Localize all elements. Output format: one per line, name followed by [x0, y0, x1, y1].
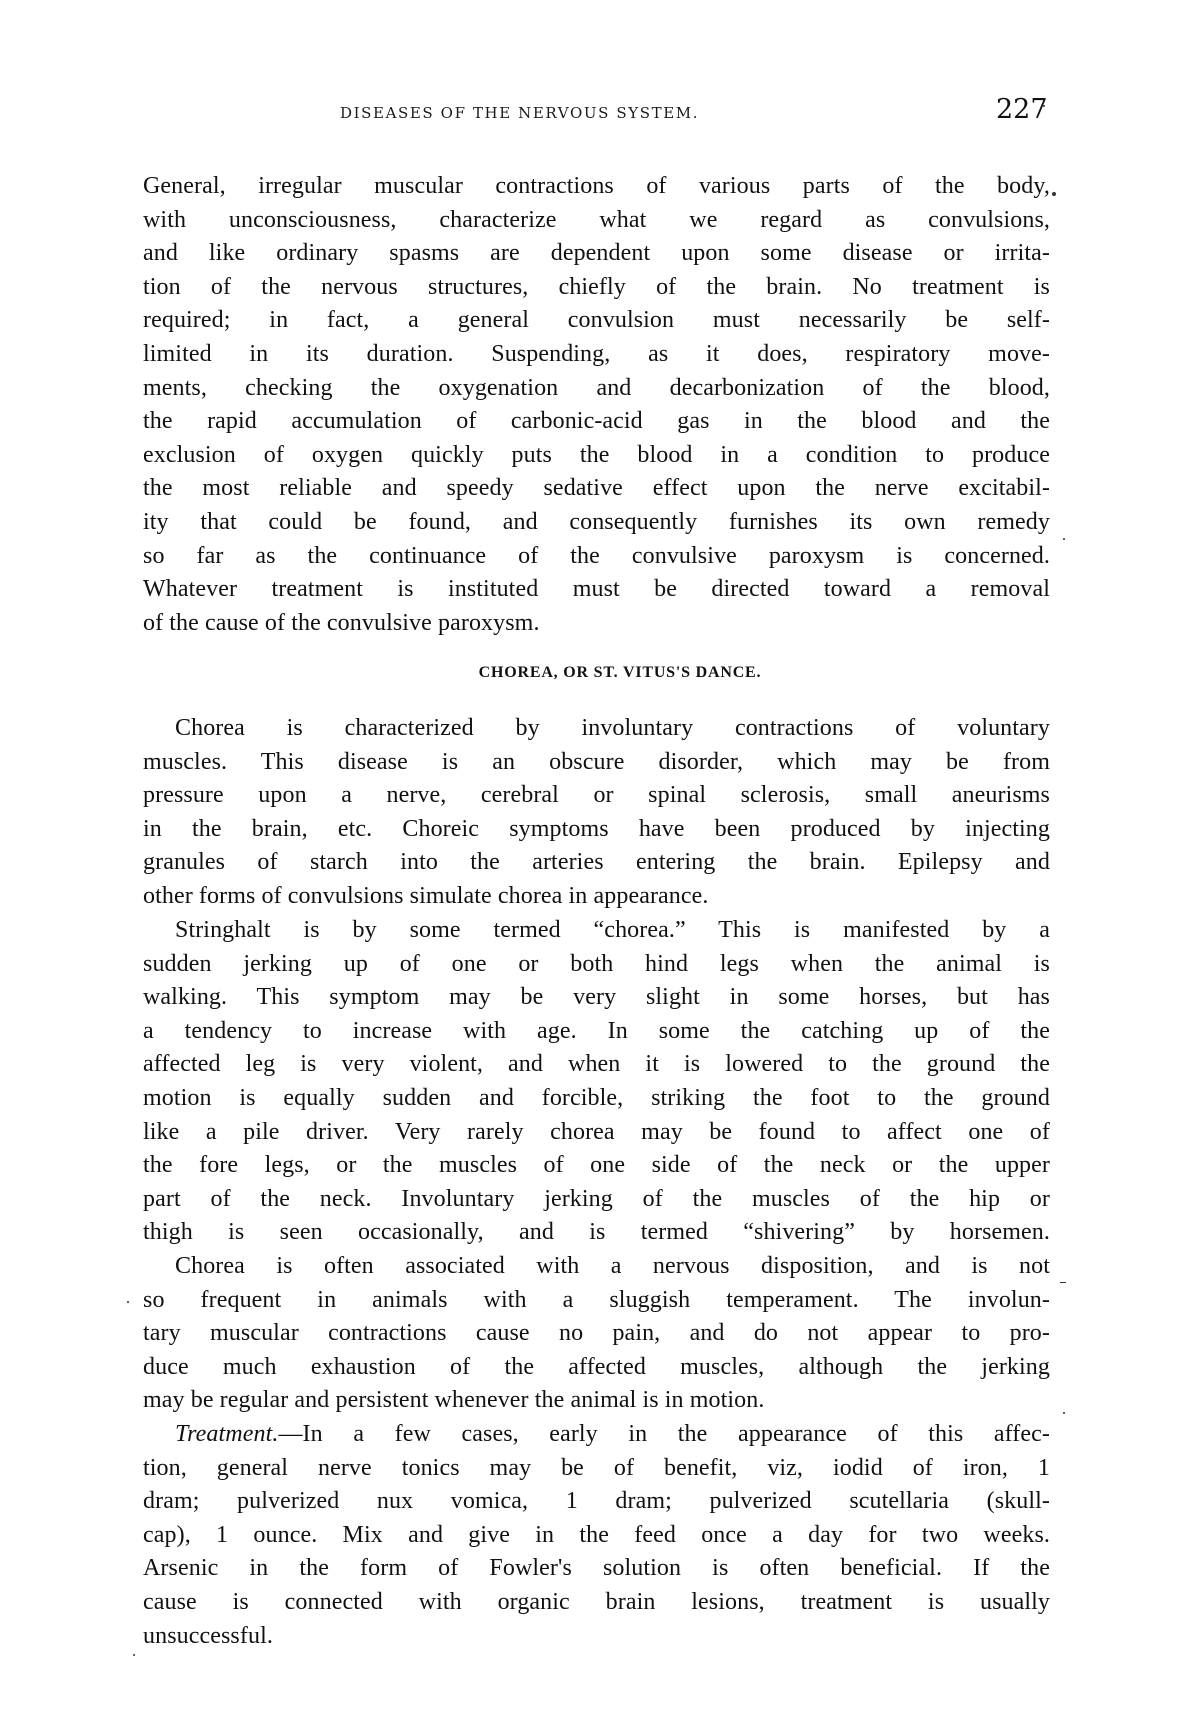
- scan-speck: [1060, 1282, 1066, 1283]
- scan-speck: [1043, 105, 1045, 107]
- text-line: Stringhalt is by some termed “chorea.” T…: [143, 914, 1050, 948]
- text-line: ity that could be found, and consequentl…: [143, 506, 1050, 540]
- text-line: thigh is seen occasionally, and is terme…: [143, 1216, 1050, 1250]
- text-line: so frequent in animals with a sluggish t…: [143, 1284, 1050, 1318]
- text-line: the most reliable and speedy sedative ef…: [143, 472, 1050, 506]
- text-line: required; in fact, a general convulsion …: [143, 304, 1050, 338]
- text-line: pressure upon a nerve, cerebral or spina…: [143, 779, 1050, 813]
- text-line: sudden jerking up of one or both hind le…: [143, 948, 1050, 982]
- text-line: part of the neck. Involuntary jerking of…: [143, 1183, 1050, 1217]
- text-line: tion of the nervous structures, chiefly …: [143, 271, 1050, 305]
- text-line: Chorea is characterized by involuntary c…: [143, 712, 1050, 746]
- text-line: walking. This symptom may be very slight…: [143, 981, 1050, 1015]
- text-line: exclusion of oxygen quickly puts the blo…: [143, 439, 1050, 473]
- text-line: so far as the continuance of the convuls…: [143, 540, 1050, 574]
- stringhalt-paragraph: Stringhalt is by some termed “chorea.” T…: [143, 914, 1050, 1250]
- text-line: affected leg is very violent, and when i…: [143, 1048, 1050, 1082]
- text-line: cap), 1 ounce. Mix and give in the feed …: [143, 1519, 1050, 1553]
- treatment-label: Treatment.: [175, 1421, 278, 1447]
- text-line: the rapid accumulation of carbonic-acid …: [143, 405, 1050, 439]
- scan-speck: [1063, 538, 1065, 540]
- text-line: unsuccessful.: [143, 1620, 1050, 1654]
- treatment-first-line-text: —In a few cases, early in the appearance…: [278, 1421, 1050, 1447]
- text-line: other forms of convulsions simulate chor…: [143, 880, 1050, 914]
- text-line: cause is connected with organic brain le…: [143, 1586, 1050, 1620]
- disposition-paragraph: Chorea is often associated with a nervou…: [143, 1250, 1050, 1418]
- text-line: and like ordinary spasms are dependent u…: [143, 237, 1050, 271]
- scan-speck: [127, 1301, 129, 1303]
- text-line: muscles. This disease is an obscure diso…: [143, 746, 1050, 780]
- text-line: with unconsciousness, characterize what …: [143, 204, 1050, 238]
- text-line: a tendency to increase with age. In some…: [143, 1015, 1050, 1049]
- convulsions-paragraph: General, irregular muscular contractions…: [143, 170, 1050, 640]
- book-page: DISEASES OF THE NERVOUS SYSTEM. 227 Gene…: [0, 0, 1200, 1728]
- scan-speck: [133, 1654, 135, 1656]
- text-line: limited in its duration. Suspending, as …: [143, 338, 1050, 372]
- text-line: Arsenic in the form of Fowler's solution…: [143, 1552, 1050, 1586]
- text-line: granules of starch into the arteries ent…: [143, 846, 1050, 880]
- text-line: Chorea is often associated with a nervou…: [143, 1250, 1050, 1284]
- scan-speck: [1052, 192, 1056, 196]
- chorea-paragraph-1: Chorea is characterized by involuntary c…: [143, 712, 1050, 914]
- text-line: in the brain, etc. Choreic symptoms have…: [143, 813, 1050, 847]
- text-line: General, irregular muscular contractions…: [143, 170, 1050, 204]
- text-line: the fore legs, or the muscles of one sid…: [143, 1149, 1050, 1183]
- text-line: like a pile driver. Very rarely chorea m…: [143, 1116, 1050, 1150]
- text-line: tary muscular contractions cause no pain…: [143, 1317, 1050, 1351]
- page-number: 227: [996, 94, 1048, 125]
- text-line: motion is equally sudden and forcible, s…: [143, 1082, 1050, 1116]
- text-line: of the cause of the convulsive paroxysm.: [143, 607, 1050, 641]
- text-line: Whatever treatment is instituted must be…: [143, 573, 1050, 607]
- scan-speck: [1063, 1412, 1065, 1414]
- text-line: duce much exhaustion of the affected mus…: [143, 1351, 1050, 1385]
- text-line: tion, general nerve tonics may be of ben…: [143, 1452, 1050, 1486]
- text-line: dram; pulverized nux vomica, 1 dram; pul…: [143, 1485, 1050, 1519]
- treatment-paragraph: Treatment.—In a few cases, early in the …: [143, 1418, 1050, 1653]
- running-head-title: DISEASES OF THE NERVOUS SYSTEM.: [340, 104, 699, 122]
- treatment-first-line: Treatment.—In a few cases, early in the …: [143, 1418, 1050, 1452]
- text-line: ments, checking the oxygenation and deca…: [143, 372, 1050, 406]
- text-line: may be regular and persistent whenever t…: [143, 1384, 1050, 1418]
- section-heading-chorea: CHOREA, OR ST. VITUS'S DANCE.: [0, 664, 1200, 682]
